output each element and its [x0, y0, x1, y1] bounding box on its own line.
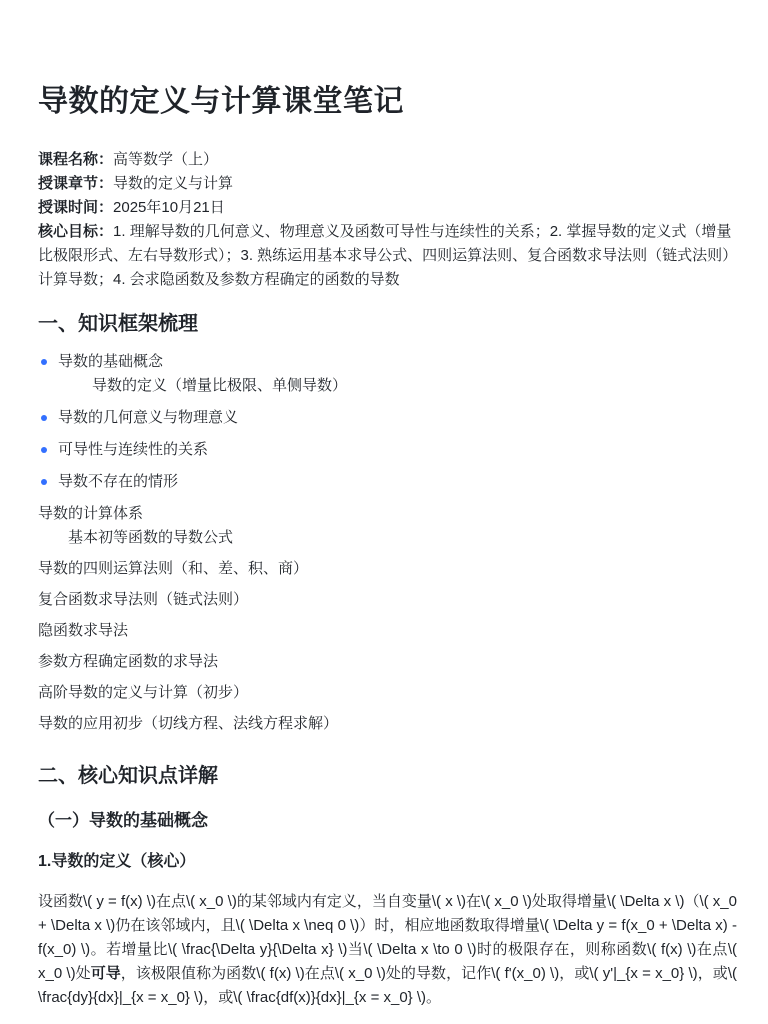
outline-line: 高阶导数的定义与计算（初步）	[38, 681, 737, 705]
meta-date-value: 2025年10月21日	[113, 199, 225, 216]
document-page: 导数的定义与计算课堂笔记 课程名称：高等数学（上） 授课章节：导数的定义与计算 …	[0, 0, 768, 1024]
bullet-text: 可导性与连续性的关系	[58, 438, 208, 462]
bullet-text: 导数不存在的情形	[58, 470, 178, 494]
list-item: 导数不存在的情形	[38, 470, 737, 494]
outline-line: 导数的应用初步（切线方程、法线方程求解）	[38, 712, 737, 736]
definition-text-bold: 可导	[91, 965, 121, 982]
definition-text-post: ，该极限值称为函数\( f(x) \)在点\( x_0 \)处的导数，记作\( …	[38, 965, 737, 1006]
meta-chapter: 授课章节：导数的定义与计算	[38, 172, 737, 196]
definition-paragraph: 设函数\( y = f(x) \)在点\( x_0 \)的某邻域内有定义，当自变…	[38, 890, 737, 1010]
section-heading-detail: 二、核心知识点详解	[38, 762, 737, 790]
point-heading: 1.导数的定义（核心）	[38, 850, 737, 874]
bullet-text: 导数的基础概念	[58, 350, 163, 374]
outline-sub-line: 基本初等函数的导数公式	[38, 526, 737, 550]
outline-line: 导数的四则运算法则（和、差、积、商）	[38, 557, 737, 581]
meta-goals-label: 核心目标：	[38, 223, 113, 240]
outline-group: 导数的计算体系 基本初等函数的导数公式	[38, 502, 737, 550]
meta-date: 授课时间：2025年10月21日	[38, 196, 737, 220]
bullet-dot-icon	[41, 447, 47, 453]
list-item: 导数的基础概念 导数的定义（增量比极限、单侧导数）	[38, 350, 737, 398]
bullet-dot-icon	[41, 415, 47, 421]
meta-chapter-value: 导数的定义与计算	[113, 175, 233, 192]
meta-course: 课程名称：高等数学（上）	[38, 148, 737, 172]
meta-goals: 核心目标：1. 理解导数的几何意义、物理意义及函数可导性与连续性的关系；2. 掌…	[38, 220, 737, 292]
section-heading-framework: 一、知识框架梳理	[38, 310, 737, 338]
outline-line: 复合函数求导法则（链式法则）	[38, 588, 737, 612]
framework-outline: 导数的计算体系 基本初等函数的导数公式 导数的四则运算法则（和、差、积、商） 复…	[38, 502, 737, 736]
bullet-dot-icon	[41, 479, 47, 485]
meta-course-label: 课程名称：	[38, 151, 113, 168]
list-item: 导数的几何意义与物理意义	[38, 406, 737, 430]
list-item: 可导性与连续性的关系	[38, 438, 737, 462]
outline-line: 隐函数求导法	[38, 619, 737, 643]
outline-line: 导数的计算体系	[38, 502, 737, 526]
meta-course-value: 高等数学（上）	[113, 151, 218, 168]
bullet-sub-text: 导数的定义（增量比极限、单侧导数）	[38, 374, 737, 398]
framework-bullet-list: 导数的基础概念 导数的定义（增量比极限、单侧导数） 导数的几何意义与物理意义 可…	[38, 350, 737, 494]
bullet-text: 导数的几何意义与物理意义	[58, 406, 238, 430]
page-title: 导数的定义与计算课堂笔记	[38, 84, 737, 120]
subsection-heading: （一）导数的基础概念	[38, 808, 737, 834]
meta-date-label: 授课时间：	[38, 199, 113, 216]
meta-goals-value: 1. 理解导数的几何意义、物理意义及函数可导性与连续性的关系；2. 掌握导数的定…	[38, 223, 731, 288]
meta-chapter-label: 授课章节：	[38, 175, 113, 192]
meta-block: 课程名称：高等数学（上） 授课章节：导数的定义与计算 授课时间：2025年10月…	[38, 148, 737, 292]
bullet-dot-icon	[41, 359, 47, 365]
outline-line: 参数方程确定函数的求导法	[38, 650, 737, 674]
